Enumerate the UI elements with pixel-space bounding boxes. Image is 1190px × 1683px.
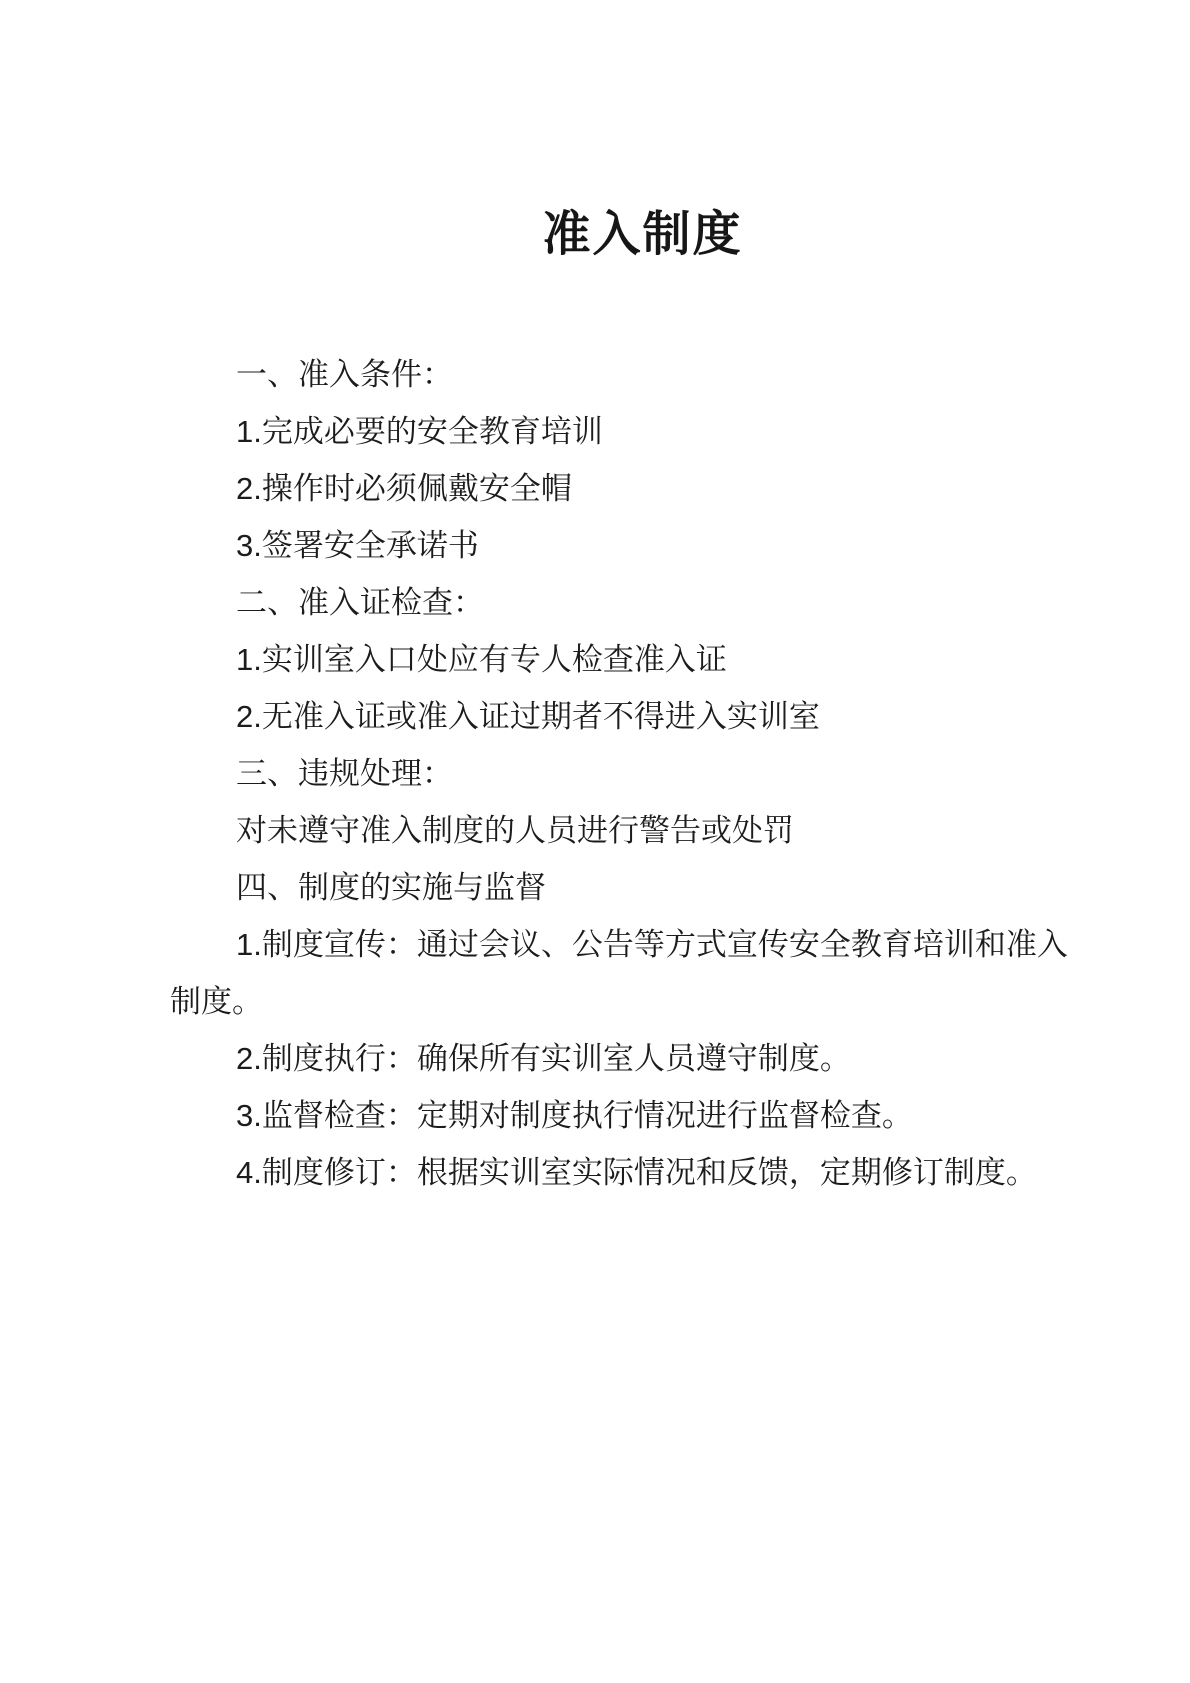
- paragraph-line: 4.制度修订：根据实训室实际情况和反馈，定期修订制度。: [170, 1144, 1135, 1201]
- paragraph-line: 3.签署安全承诺书: [170, 517, 1135, 574]
- paragraph-line: 1.完成必要的安全教育培训: [170, 403, 1135, 460]
- paragraph-line: 三、违规处理：: [170, 745, 1135, 802]
- paragraph-line: 对未遵守准入制度的人员进行警告或处罚: [170, 802, 1135, 859]
- document-title: 准入制度: [170, 206, 1115, 264]
- paragraph-line: 3.监督检查：定期对制度执行情况进行监督检查。: [170, 1087, 1135, 1144]
- paragraph-line: 1.制度宣传：通过会议、公告等方式宣传安全教育培训和准入: [170, 916, 1135, 973]
- paragraph-line: 二、准入证检查：: [170, 574, 1135, 631]
- paragraph-line: 2.操作时必须佩戴安全帽: [170, 460, 1135, 517]
- document-page: 准入制度 一、准入条件：1.完成必要的安全教育培训2.操作时必须佩戴安全帽3.签…: [0, 0, 1190, 1683]
- paragraph-line: 2.制度执行：确保所有实训室人员遵守制度。: [170, 1030, 1135, 1087]
- paragraph-line: 1.实训室入口处应有专人检查准入证: [170, 631, 1135, 688]
- paragraph-line: 四、制度的实施与监督: [170, 859, 1135, 916]
- paragraph-line: 制度。: [170, 973, 1135, 1030]
- document-body: 一、准入条件：1.完成必要的安全教育培训2.操作时必须佩戴安全帽3.签署安全承诺…: [170, 346, 1135, 1201]
- paragraph-line: 一、准入条件：: [170, 346, 1135, 403]
- paragraph-line: 2.无准入证或准入证过期者不得进入实训室: [170, 688, 1135, 745]
